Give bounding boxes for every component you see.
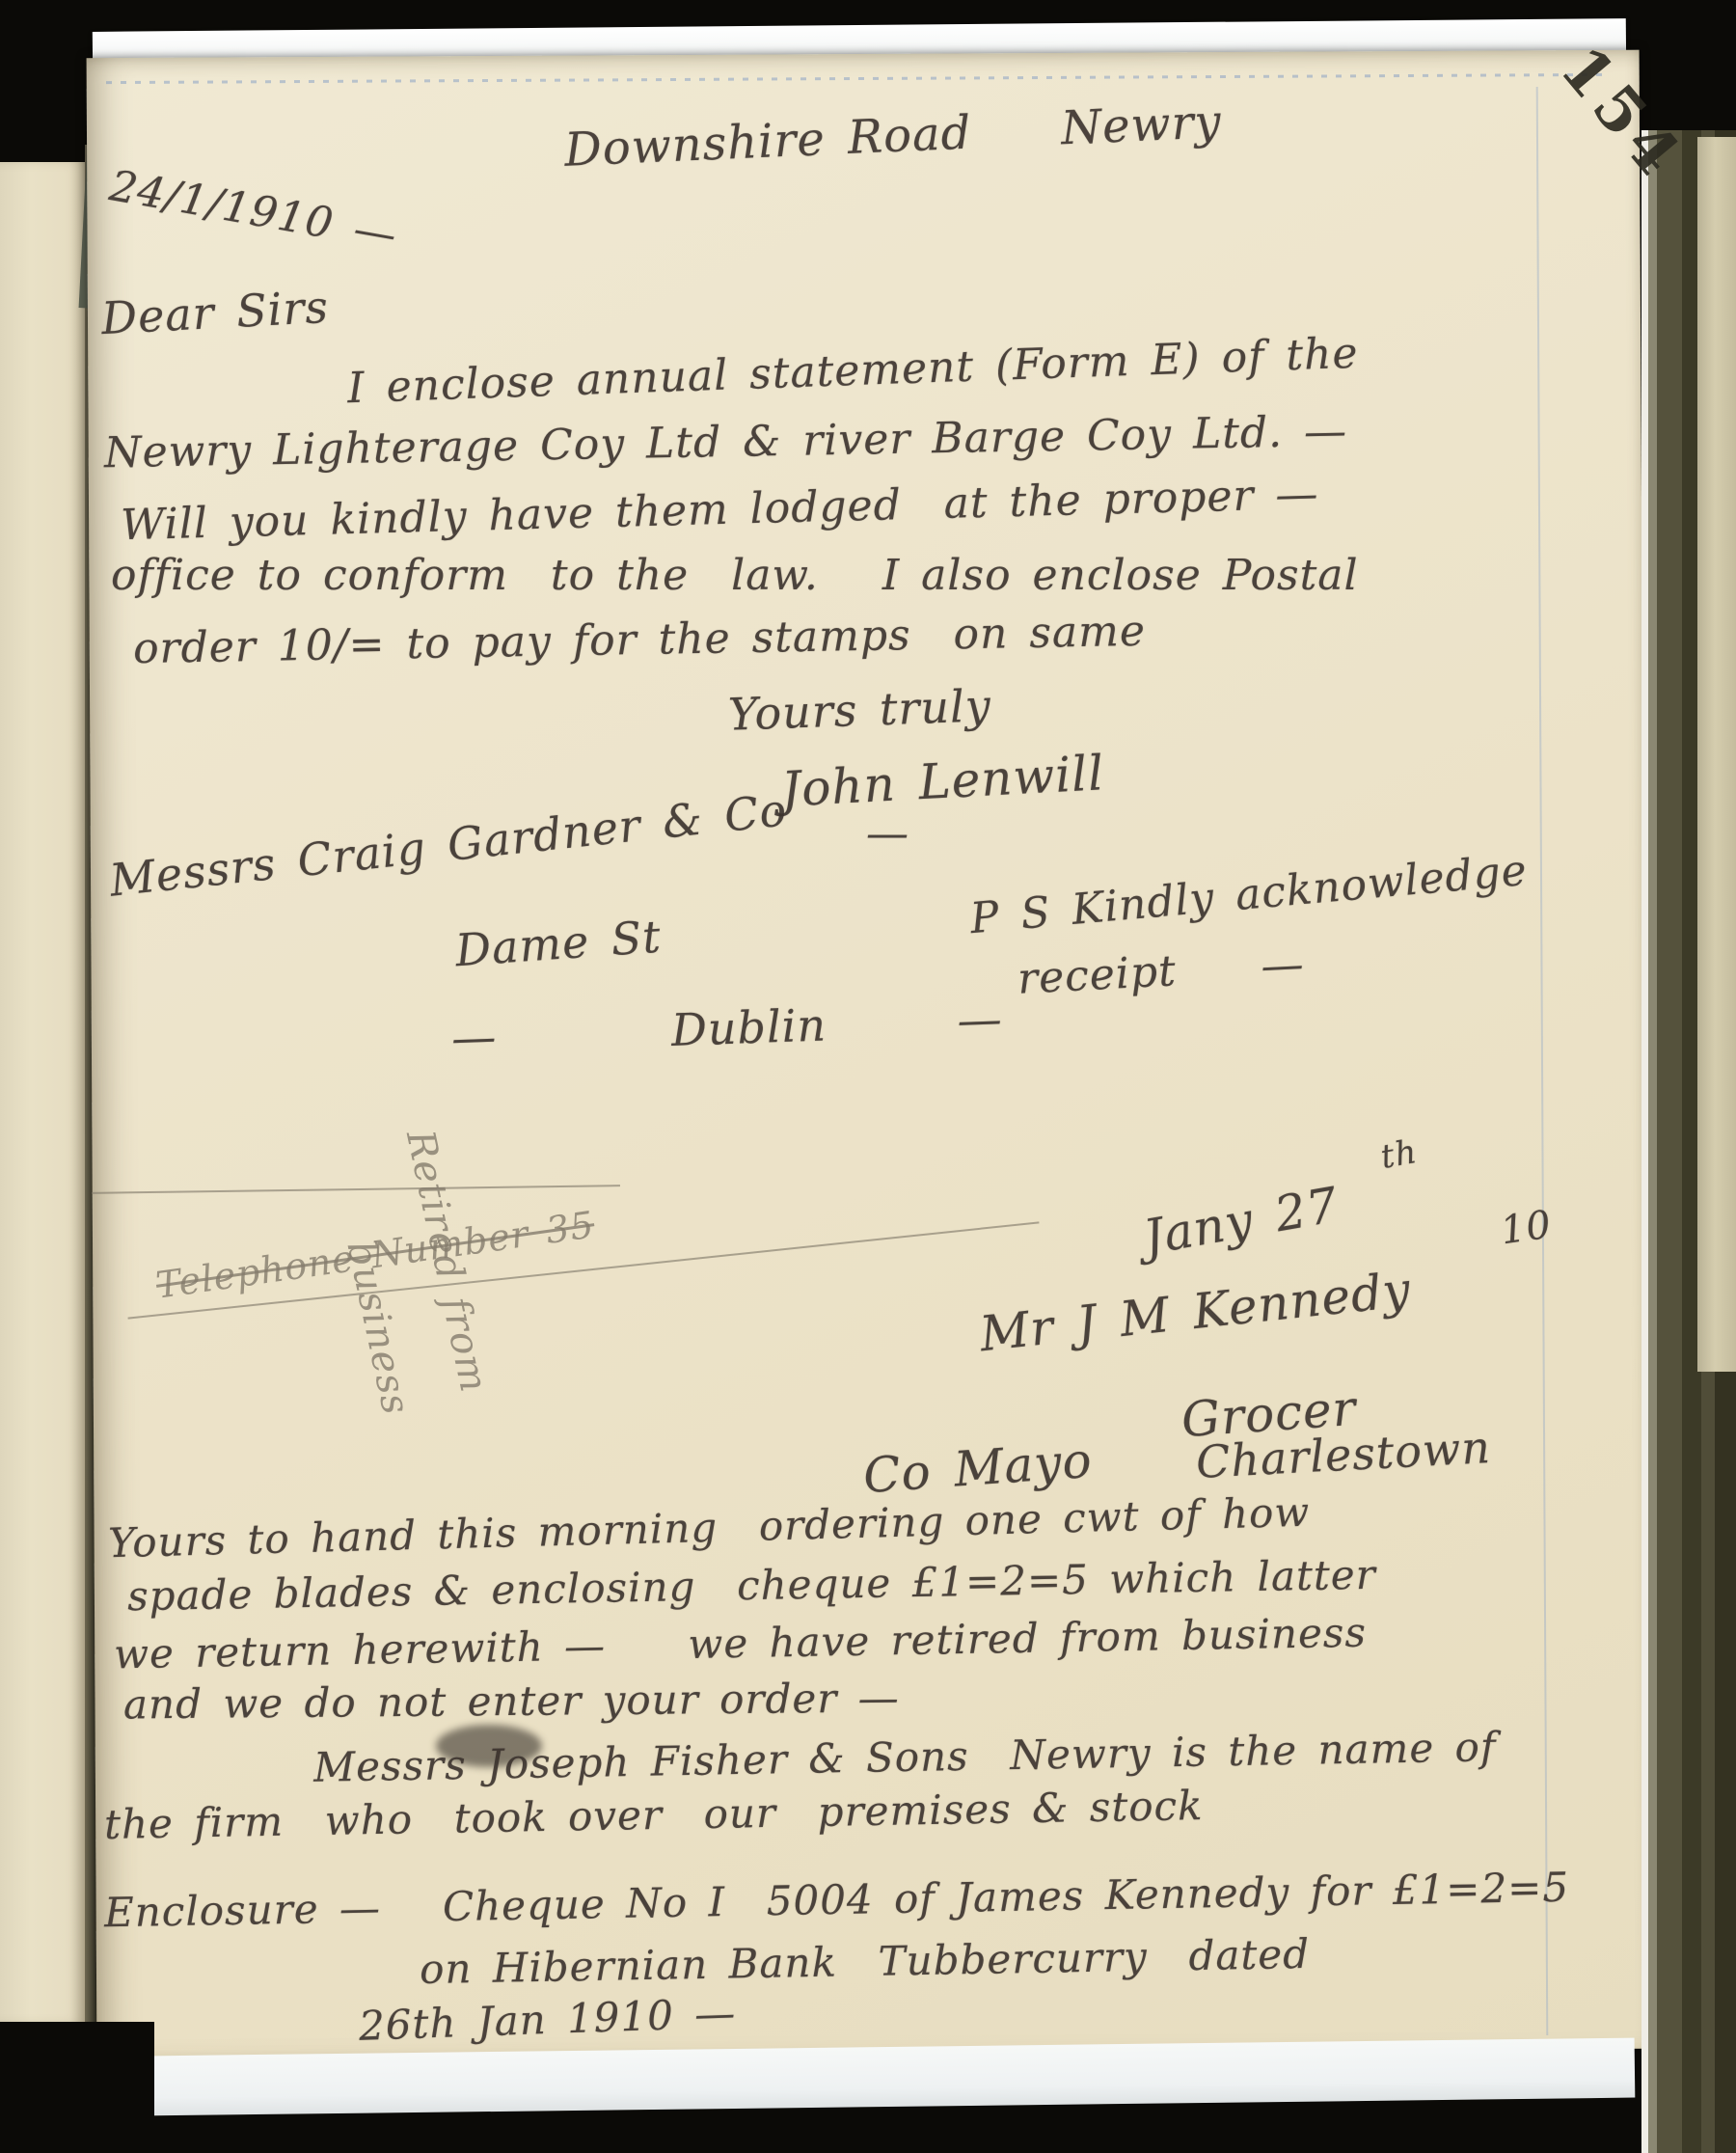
background-shadow bbox=[0, 2022, 154, 2153]
letter2-date-ordinal: th bbox=[1378, 1135, 1420, 1176]
letter2-date-year: 10 bbox=[1498, 1205, 1554, 1252]
letterbook-photo: { "stamp": { "page_number": "154" }, "le… bbox=[0, 0, 1736, 2153]
letter1-body-line: office to conform to the law. I also enc… bbox=[111, 554, 1359, 598]
next-page-edge bbox=[1697, 137, 1736, 1372]
letter2-body-line: and we do not enter your order — bbox=[123, 1676, 900, 1726]
letter1-salutation: Dear Sirs bbox=[100, 284, 330, 342]
letter1-closing: Yours truly bbox=[727, 682, 991, 738]
letter1-signature-flourish: — bbox=[866, 812, 909, 857]
previous-page-edge bbox=[0, 162, 87, 2024]
